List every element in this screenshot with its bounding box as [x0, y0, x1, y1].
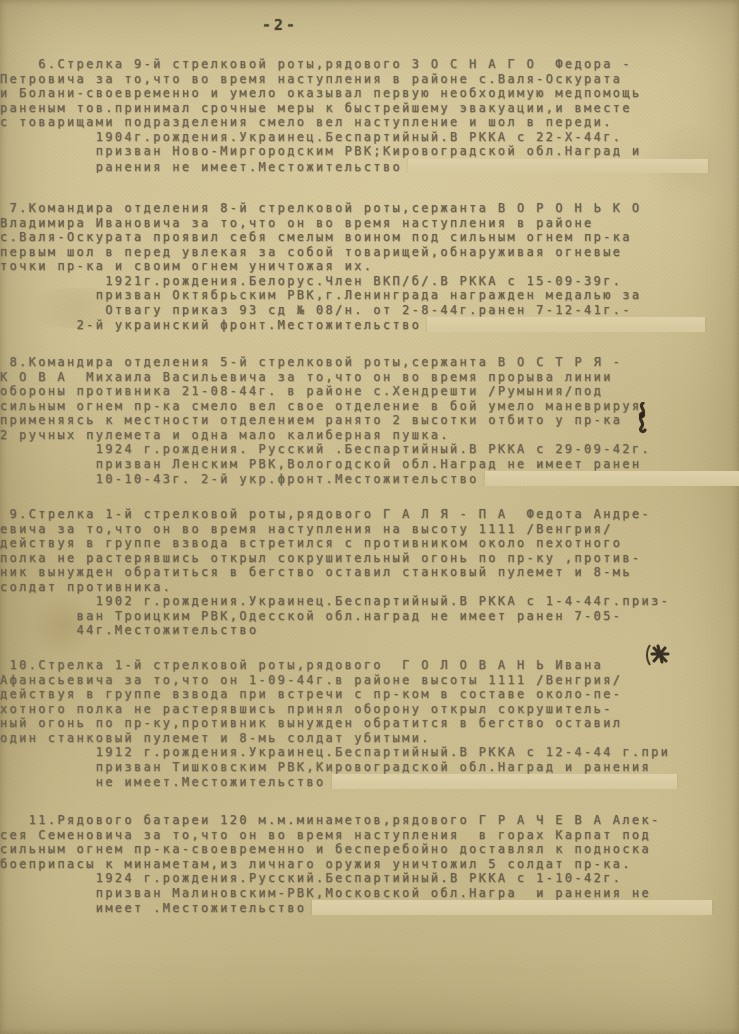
document-text-line: 1912 г.рождения.Украинец.Беспартийный.В …	[0, 745, 739, 760]
award-entry-8: 8.Командира отделения 5-й стрелковой рот…	[0, 355, 739, 486]
document-text-line: 9.Стрелка 1-й стрелковой роты,рядового Г…	[0, 507, 739, 522]
document-text-line: солдат противника.	[0, 580, 739, 595]
redacted-address-block	[312, 900, 712, 915]
document-text-line: Отвагу приказ 93 сд № 08/н. от 2-8-44г.р…	[0, 303, 739, 318]
redacted-address-block	[408, 159, 708, 174]
document-text-line: евича за то,что он во время наступления …	[0, 522, 739, 537]
document-text-line: 10-10-43г. 2-й укр.фронт.Местожительство	[0, 471, 739, 486]
document-text-line: 44г.Местожительство	[0, 623, 739, 638]
document-text-line: полка не растерявшись открыл сокрушитель…	[0, 551, 739, 566]
document-text-line: не имеет.Местожительство	[0, 774, 739, 789]
redacted-address-block	[332, 774, 677, 789]
document-text-line: призван Октябрьским РВК,г.Ленинграда наг…	[0, 288, 739, 303]
document-text-line: ный огонь по пр-ку,противник вынужден об…	[0, 716, 739, 731]
document-text-line: 1924 г.рождения. Русский .Беспартийный.В…	[0, 442, 739, 457]
document-text-line: сея Семеновича за то,что он во время нас…	[0, 828, 739, 843]
document-text-line: призван Малиновским-РВК,Московской обл.Н…	[0, 886, 739, 901]
document-text-line: применяясь к местности отделением ранято…	[0, 413, 739, 428]
document-text-line: призван Тишковским РВК,Кировоградской об…	[0, 760, 739, 775]
document-text-line: ван Троицким РВК,Одесской обл.наград не …	[0, 609, 739, 624]
document-text-line: и Болани-своевременно и умело оказывал п…	[0, 86, 739, 101]
document-text-line: К О В А Михаила Васильевича за то,что он…	[0, 370, 739, 385]
document-text-line: 1902 г.рождения.Украинец.Беспартийный.В …	[0, 594, 739, 609]
document-text-line: 7.Командира отделения 8-й стрелковой рот…	[0, 201, 739, 216]
document-text-line: 10.Стрелка 1-й стрелковой роты,рядового …	[0, 658, 739, 673]
document-text-line: действуя в группе взвода встретился с пр…	[0, 536, 739, 551]
document-text-line: 6.Стрелка 9-й стрелковой роты,рядового З…	[0, 57, 739, 72]
redacted-address-block	[485, 471, 739, 486]
document-text-line: ник вынужден обратиться в бегство остави…	[0, 565, 739, 580]
scanned-document-page: -2- 6.Стрелка 9-й стрелковой роты,рядово…	[0, 0, 739, 1034]
document-text-line: 1921г.рождения.Белорус.Член ВКП/б/.В РКК…	[0, 274, 739, 289]
document-text-line: имеет .Местожительство	[0, 900, 739, 915]
document-text-line: первым шол в перед увлекая за собой това…	[0, 245, 739, 260]
document-text-line: с товарищами подразделения смело вел нас…	[0, 115, 739, 130]
document-text-line: с.Валя-Оскурата проявил себя смелым воин…	[0, 230, 739, 245]
award-entry-9: 9.Стрелка 1-й стрелковой роты,рядового Г…	[0, 507, 739, 638]
document-text-line: 8.Командира отделения 5-й стрелковой рот…	[0, 355, 739, 370]
document-text-line: 1924 г.рождения.Русский.Беспартийный.В Р…	[0, 871, 739, 886]
document-text-line: 1904г.рождения.Украинец.Беспартийный.В Р…	[0, 130, 739, 145]
award-entry-10: 10.Стрелка 1-й стрелковой роты,рядового …	[0, 658, 739, 789]
document-text-line: ранения не имеет.Местожительство	[0, 159, 739, 174]
document-text-line: обороны противника 21-08-44г. в районе с…	[0, 384, 739, 399]
document-text-line: сильным огнем пр-ка-своевременно и беспе…	[0, 842, 739, 857]
document-text-line: боеприпасы к минаметам,из личнаго оружия…	[0, 857, 739, 872]
document-text-line: Владимира Ивановича за то,что он во врем…	[0, 216, 739, 231]
document-text-line: 2-й украинский фронт.Местожительство	[0, 317, 739, 332]
document-text-line: сильным огнем пр-ка смело вел свое отдел…	[0, 399, 739, 414]
document-text-line: призван Ново-Миргородским РВК;Кировоград…	[0, 144, 739, 159]
document-text-line: Афанасьевича за то,что он 1-09-44г.в рай…	[0, 673, 739, 688]
typewritten-text-layer: -2- 6.Стрелка 9-й стрелковой роты,рядово…	[0, 0, 739, 1034]
award-entry-6: 6.Стрелка 9-й стрелковой роты,рядового З…	[0, 57, 739, 173]
document-text-line: 11.Рядового батареи 120 м.м.минаметов,ря…	[0, 813, 739, 828]
document-text-line: хотного полка не растерявшись принял обо…	[0, 702, 739, 717]
document-text-line: призван Ленским РВК,Вологодской обл.Нагр…	[0, 457, 739, 472]
document-text-line: раненым тов.принимал срочные меры к быст…	[0, 101, 739, 116]
award-entry-11: 11.Рядового батареи 120 м.м.минаметов,ря…	[0, 813, 739, 915]
document-text-line: 2 ручных пулемета и одна мало калиберная…	[0, 428, 739, 443]
document-text-line: Петровича за то,что во время наступления…	[0, 72, 739, 87]
page-number: -2-	[262, 16, 298, 34]
document-text-line: один станковый пулемет и 8-мь солдат уби…	[0, 731, 739, 746]
redacted-address-block	[427, 317, 705, 332]
document-text-line: точки пр-ка и своим огнем уничтожая их.	[0, 259, 739, 274]
award-entry-7: 7.Командира отделения 8-й стрелковой рот…	[0, 201, 739, 332]
document-text-line: действуя в группе взвода при встречи с п…	[0, 687, 739, 702]
